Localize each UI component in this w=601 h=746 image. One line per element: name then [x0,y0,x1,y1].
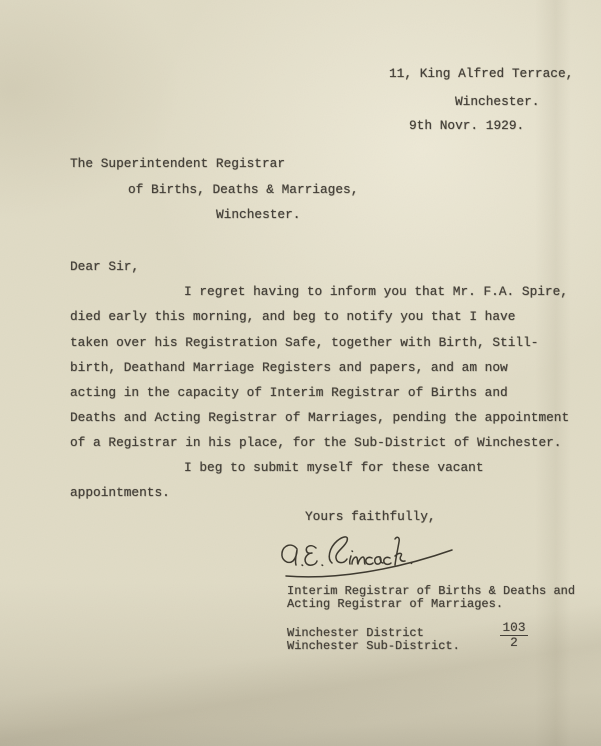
body-line: appointments. [70,486,170,500]
reference-denominator: 2 [496,636,532,650]
sender-address-line: 11, King Alfred Terrace, [389,67,573,81]
body-line: birth, Deathand Marriage Registers and p… [70,361,508,375]
letter-page: 11, King Alfred Terrace, Winchester. 9th… [0,0,601,746]
body-line: I regret having to inform you that Mr. F… [184,285,568,299]
recipient-line: Winchester. [216,208,300,222]
district-line: Winchester District [287,626,424,640]
salutation: Dear Sir, [70,260,139,274]
reference-fraction: 103 2 [496,621,532,650]
body-line: of a Registrar in his place, for the Sub… [70,436,561,450]
body-line: died early this morning, and beg to noti… [70,310,515,324]
recipient-line: The Superintendent Registrar [70,157,285,171]
body-line: I beg to submit myself for these vacant [184,461,484,475]
sender-address-line: Winchester. [455,95,539,109]
signer-title-line: Interim Registrar of Births & Deaths and [287,584,575,598]
letter-date: 9th Novr. 1929. [409,119,524,133]
reference-numerator: 103 [500,621,527,636]
body-line: acting in the capacity of Interim Regist… [70,386,508,400]
closing-line: Yours faithfully, [305,510,436,524]
body-line: Deaths and Acting Registrar of Marriages… [70,411,569,425]
signer-title-line: Acting Registrar of Marriages. [287,597,503,611]
recipient-line: of Births, Deaths & Marriages, [128,183,358,197]
sub-district-line: Winchester Sub-District. [287,639,460,653]
signature-handwriting: A. E. Sincock. [280,524,475,584]
body-line: taken over his Registration Safe, togeth… [70,336,538,350]
